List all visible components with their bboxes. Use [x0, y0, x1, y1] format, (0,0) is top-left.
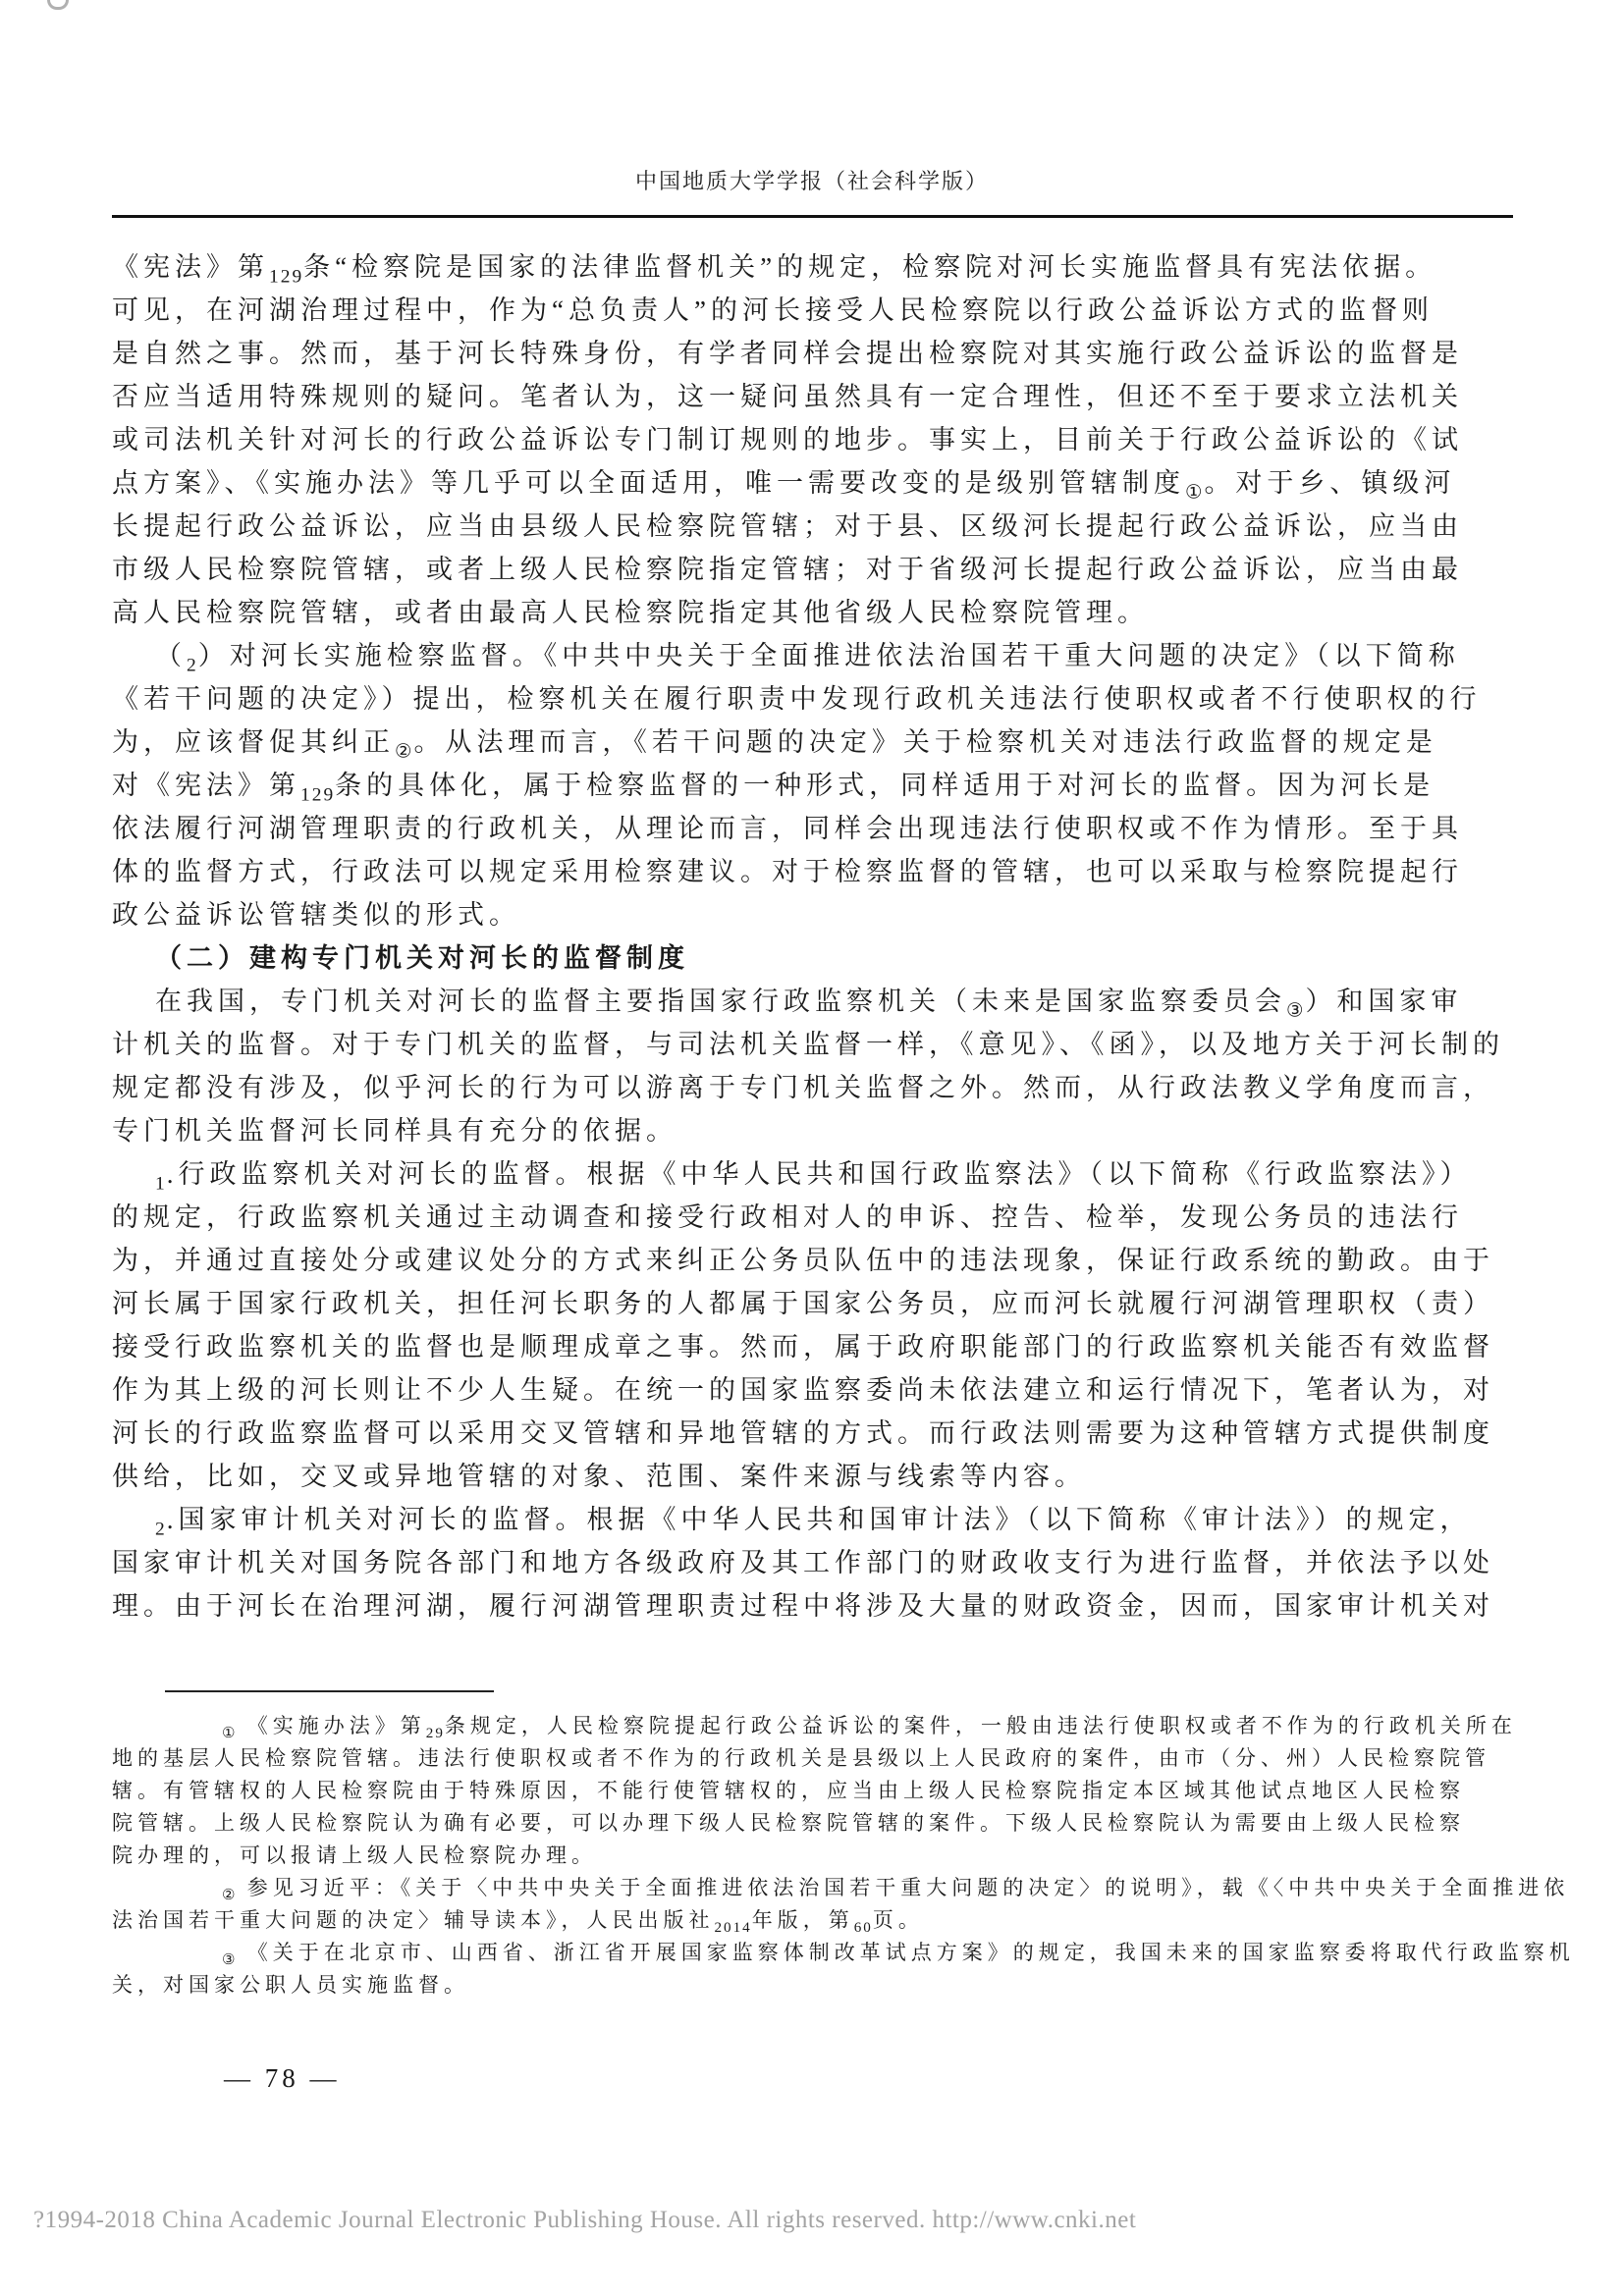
body-line: 为，并通过直接处分或建议处分的方式来纠正公务员队伍中的违法现象，保证行政系统的勤…: [112, 1239, 1516, 1282]
copyright-watermark: ?1994-2018 China Academic Journal Electr…: [33, 2207, 1136, 2234]
body-line: 的规定，行政监察机关通过主动调查和接受行政相对人的申诉、控告、检举，发现公务员的…: [112, 1196, 1516, 1239]
body-line: 《宪法》第129条“检察院是国家的法律监督机关”的规定，检察院对河长实施监督具有…: [112, 245, 1516, 289]
footnotes: ① 《实施办法》第29条规定，人民检察院提起行政公益诉讼的案件，一般由违法行使职…: [112, 1710, 1516, 2002]
body-line: 长提起行政公益诉讼，应当由县级人民检察院管辖；对于县、区级河长提起行政公益诉讼，…: [112, 505, 1516, 548]
body-line: 作为其上级的河长则让不少人生疑。在统一的国家监察委尚未依法建立和运行情况下，笔者…: [112, 1368, 1516, 1412]
body-line: 体的监督方式，行政法可以规定采用检察建议。对于检察监督的管辖，也可以采取与检察院…: [112, 850, 1516, 893]
footnote-line: 院办理的，可以报请上级人民检察院办理。: [112, 1840, 1516, 1872]
body-line: 2.国家审计机关对河长的监督。根据《中华人民共和国审计法》（以下简称《审计法》）…: [112, 1498, 1516, 1541]
body-line: 高人民检察院管辖，或者由最高人民检察院指定其他省级人民检察院管理。: [112, 591, 1516, 634]
body-line: 点方案》、《实施办法》等几乎可以全面适用，唯一需要改变的是级别管辖制度①。对于乡…: [112, 461, 1516, 505]
body-line: 市级人民检察院管辖，或者上级人民检察院指定管辖；对于省级河长提起行政公益诉讼，应…: [112, 548, 1516, 591]
footnote-line: 关，对国家公职人员实施监督。: [112, 1969, 1516, 2002]
body-text: 《宪法》第129条“检察院是国家的法律监督机关”的规定，检察院对河长实施监督具有…: [112, 245, 1516, 1628]
body-line: 《若干问题的决定》）提出，检察机关在履行职责中发现行政机关违法行使职权或者不行使…: [112, 677, 1516, 721]
footnote-line: 法治国若干重大问题的决定〉辅导读本》，人民出版社2014年版，第60页。: [112, 1904, 1516, 1937]
body-line: 依法履行河湖管理职责的行政机关，从理论而言，同样会出现违法行使职权或不作为情形。…: [112, 807, 1516, 850]
body-line: 为，应该督促其纠正②。从法理而言，《若干问题的决定》关于检察机关对违法行政监督的…: [112, 721, 1516, 764]
body-line: （二）建构专门机关对河长的监督制度: [112, 936, 1516, 980]
body-line: 国家审计机关对国务院各部门和地方各级政府及其工作部门的财政收支行为进行监督，并依…: [112, 1541, 1516, 1584]
footnote-line: 地的基层人民检察院管辖。违法行使职权或者不作为的行政机关是县级以上人民政府的案件…: [112, 1742, 1516, 1775]
body-line: 否应当适用特殊规则的疑问。笔者认为，这一疑问虽然具有一定合理性，但还不至于要求立…: [112, 375, 1516, 418]
body-line: 专门机关监督河长同样具有充分的依据。: [112, 1109, 1516, 1152]
body-line: 1.行政监察机关对河长的监督。根据《中华人民共和国行政监察法》（以下简称《行政监…: [112, 1152, 1516, 1196]
body-line: （2）对河长实施检察监督。《中共中央关于全面推进依法治国若干重大问题的决定》（以…: [112, 634, 1516, 677]
body-line: 供给，比如，交叉或异地管辖的对象、范围、案件来源与线索等内容。: [112, 1455, 1516, 1498]
body-line: 对《宪法》第129条的具体化，属于检察监督的一种形式，同样适用于对河长的监督。因…: [112, 764, 1516, 807]
body-line: 规定都没有涉及，似乎河长的行为可以游离于专门机关监督之外。然而，从行政法教义学角…: [112, 1066, 1516, 1109]
body-line: 理。由于河长在治理河湖，履行河湖管理职责过程中将涉及大量的财政资金，因而，国家审…: [112, 1584, 1516, 1628]
footnote-line: 辖。有管辖权的人民检察院由于特殊原因，不能行使管辖权的，应当由上级人民检察院指定…: [112, 1775, 1516, 1807]
body-line: 河长的行政监察监督可以采用交叉管辖和异地管辖的方式。而行政法则需要为这种管辖方式…: [112, 1412, 1516, 1455]
footnote-line: ③ 《关于在北京市、山西省、浙江省开展国家监察体制改革试点方案》的规定，我国未来…: [112, 1937, 1516, 1969]
body-line: 河长属于国家行政机关，担任河长职务的人都属于国家公务员，应而河长就履行河湖管理职…: [112, 1282, 1516, 1325]
footnote-line: 院管辖。上级人民检察院认为确有必要，可以办理下级人民检察院管辖的案件。下级人民检…: [112, 1807, 1516, 1840]
scan-artifact: [47, 0, 69, 10]
body-line: 或司法机关针对河长的行政公益诉讼专门制订规则的地步。事实上，目前关于行政公益诉讼…: [112, 418, 1516, 461]
journal-header-title: 中国地质大学学报（社会科学版）: [0, 165, 1624, 195]
body-line: 政公益诉讼管辖类似的形式。: [112, 893, 1516, 936]
body-line: 计机关的监督。对于专门机关的监督，与司法机关监督一样，《意见》、《函》，以及地方…: [112, 1023, 1516, 1066]
body-line: 可见，在河湖治理过程中，作为“总负责人”的河长接受人民检察院以行政公益诉讼方式的…: [112, 289, 1516, 332]
page-number: — 78 —: [224, 2063, 341, 2094]
body-line: 接受行政监察机关的监督也是顺理成章之事。然而，属于政府职能部门的行政监察机关能否…: [112, 1325, 1516, 1368]
footnote-line: ① 《实施办法》第29条规定，人民检察院提起行政公益诉讼的案件，一般由违法行使职…: [112, 1710, 1516, 1742]
header-divider: [112, 215, 1513, 218]
footnote-line: ② 参见习近平：《关于〈中共中央关于全面推进依法治国若干重大问题的决定〉的说明》…: [112, 1872, 1516, 1904]
journal-page: 中国地质大学学报（社会科学版） 《宪法》第129条“检察院是国家的法律监督机关”…: [0, 0, 1624, 2296]
footnote-separator: [165, 1690, 494, 1692]
body-line: 在我国，专门机关对河长的监督主要指国家行政监察机关（未来是国家监察委员会③）和国…: [112, 980, 1516, 1023]
body-line: 是自然之事。然而，基于河长特殊身份，有学者同样会提出检察院对其实施行政公益诉讼的…: [112, 332, 1516, 375]
